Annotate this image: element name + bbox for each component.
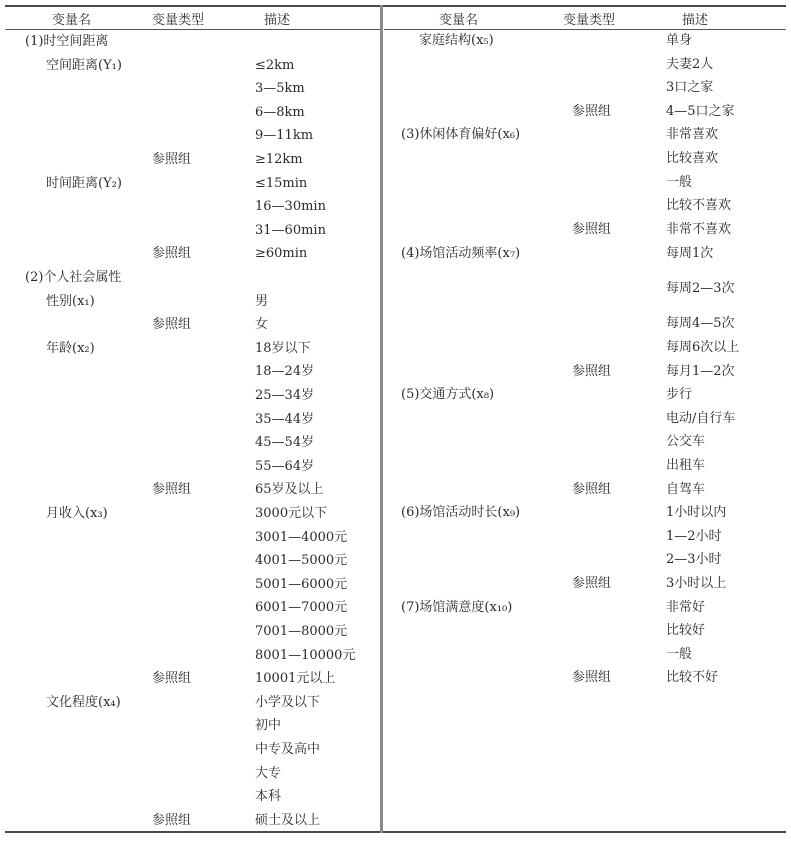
header-description: 描述 — [264, 9, 290, 28]
description-cell: 每周1次 — [666, 243, 713, 265]
description-cell: 初中 — [255, 715, 281, 737]
variable-type-cell: 参照组 — [152, 479, 191, 501]
table-row: 每周4—5次 — [384, 313, 791, 335]
description-cell: 公交车 — [666, 431, 705, 453]
description-cell: 非常不喜欢 — [666, 219, 731, 241]
table-row: 35—44岁 — [0, 409, 380, 431]
table-row: 每周6次以上 — [384, 337, 791, 359]
variable-name-cell: (3)休闲体育偏好(x₆) — [401, 124, 520, 146]
description-cell: 16—30min — [255, 196, 326, 218]
description-cell: 55—64岁 — [255, 456, 314, 478]
variable-name-cell: 性别(x₁) — [46, 291, 95, 313]
description-cell: 4001—5000元 — [255, 550, 347, 572]
description-cell: 45—54岁 — [255, 432, 314, 454]
description-cell: 每周6次以上 — [666, 337, 739, 359]
variable-type-cell: 参照组 — [572, 479, 611, 501]
variable-name-cell: 家庭结构(x₅) — [419, 30, 494, 52]
table-row: 每周2—3次 — [384, 278, 791, 300]
variable-name-cell: (1)时空间距离 — [25, 31, 108, 53]
description-cell: ≥12km — [255, 149, 303, 171]
description-cell: 4—5口之家 — [666, 101, 735, 123]
table-row: 45—54岁 — [0, 432, 380, 454]
table-row: 6—8km — [0, 102, 380, 124]
table-row: (4)场馆活动频率(x₇)每周1次 — [384, 243, 791, 265]
table-row: 参照组自驾车 — [384, 479, 791, 501]
table-row: 25—34岁 — [0, 385, 380, 407]
header-rule-left — [5, 29, 381, 30]
table-row: 夫妻2人 — [384, 54, 791, 76]
description-cell: 硕士及以上 — [255, 810, 320, 832]
table-row: 初中 — [0, 715, 380, 737]
variable-type-cell: 参照组 — [152, 668, 191, 690]
table-row: 参照组女 — [0, 314, 380, 336]
description-cell: 单身 — [666, 30, 692, 52]
description-cell: 一般 — [666, 172, 692, 194]
description-cell: 5001—6000元 — [255, 574, 347, 596]
variable-type-cell: 参照组 — [572, 361, 611, 383]
table-row: 5001—6000元 — [0, 574, 380, 596]
variable-name-cell: 时间距离(Y₂) — [46, 173, 122, 195]
variable-name-cell: (5)交通方式(x₈) — [401, 384, 494, 406]
description-cell: ≥60min — [255, 243, 307, 265]
variable-type-cell: 参照组 — [152, 810, 191, 832]
description-cell: ≤2km — [255, 55, 294, 77]
description-cell: 10001元以上 — [255, 668, 335, 690]
table-row: 参照组10001元以上 — [0, 668, 380, 690]
table-row: 16—30min — [0, 196, 380, 218]
variable-type-cell: 参照组 — [572, 219, 611, 241]
table-row: 本科 — [0, 786, 380, 808]
description-cell: 比较不好 — [666, 667, 718, 689]
table-row: 时间距离(Y₂)≤15min — [0, 173, 380, 195]
description-cell: 2—3小时 — [666, 549, 722, 571]
description-cell: 31—60min — [255, 220, 326, 242]
table-row: 4001—5000元 — [0, 550, 380, 572]
description-cell: 女 — [255, 314, 268, 336]
variable-name-cell: 文化程度(x₄) — [46, 692, 121, 714]
variable-name-cell: 空间距离(Y₁) — [46, 55, 122, 77]
table-row: (3)休闲体育偏好(x₆)非常喜欢 — [384, 124, 791, 146]
table-row: 家庭结构(x₅)单身 — [384, 30, 791, 52]
description-cell: 每月1—2次 — [666, 361, 735, 383]
table-row: 3口之家 — [384, 77, 791, 99]
description-cell: 每周4—5次 — [666, 313, 735, 335]
description-cell: 35—44岁 — [255, 409, 314, 431]
description-cell: 小学及以下 — [255, 692, 320, 714]
table-row: 6001—7000元 — [0, 597, 380, 619]
table-row: 月收入(x₃)3000元以下 — [0, 503, 380, 525]
variable-type-cell: 参照组 — [152, 243, 191, 265]
description-cell: 自驾车 — [666, 479, 705, 501]
table-row: (5)交通方式(x₈)步行 — [384, 384, 791, 406]
table-row: 参照组3小时以上 — [384, 573, 791, 595]
header-variable-name: 变量名 — [52, 9, 91, 28]
variable-type-cell: 参照组 — [152, 314, 191, 336]
table-row: 一般 — [384, 172, 791, 194]
description-cell: 一般 — [666, 644, 692, 666]
description-cell: ≤15min — [255, 173, 307, 195]
description-cell: 比较喜欢 — [666, 148, 718, 170]
description-cell: 3000元以下 — [255, 503, 327, 525]
description-cell: 电动/自行车 — [666, 408, 735, 430]
table-row: 9—11km — [0, 125, 380, 147]
description-cell: 非常喜欢 — [666, 124, 718, 146]
description-cell: 8001—10000元 — [255, 645, 355, 667]
description-cell: 1小时以内 — [666, 502, 726, 524]
table-row: 空间距离(Y₁)≤2km — [0, 55, 380, 77]
table-row: 18—24岁 — [0, 361, 380, 383]
variable-name-cell: 年龄(x₂) — [46, 338, 95, 360]
table-row: 一般 — [384, 644, 791, 666]
description-cell: 9—11km — [255, 125, 313, 147]
table-row: 参照组≥60min — [0, 243, 380, 265]
table-row: 电动/自行车 — [384, 408, 791, 430]
table-row: 参照组≥12km — [0, 149, 380, 171]
description-cell: 25—34岁 — [255, 385, 314, 407]
variable-name-cell: 月收入(x₃) — [46, 503, 108, 525]
variable-type-cell: 参照组 — [152, 149, 191, 171]
table-row: 比较不喜欢 — [384, 195, 791, 217]
table-row: 参照组每月1—2次 — [384, 361, 791, 383]
table-row: 性别(x₁)男 — [0, 291, 380, 313]
variable-type-cell: 参照组 — [572, 101, 611, 123]
table-row: (7)场馆满意度(x₁₀)非常好 — [384, 597, 791, 619]
table-row: 公交车 — [384, 431, 791, 453]
table-top-rule — [5, 5, 786, 7]
variable-name-cell: (6)场馆活动时长(x₉) — [401, 502, 520, 524]
description-cell: 6—8km — [255, 102, 305, 124]
table-row: 比较好 — [384, 620, 791, 642]
description-cell: 18岁以下 — [255, 338, 311, 360]
table-row: 参照组硕士及以上 — [0, 810, 380, 832]
description-cell: 夫妻2人 — [666, 54, 713, 76]
table-row: 文化程度(x₄)小学及以下 — [0, 692, 380, 714]
description-cell: 65岁及以上 — [255, 479, 324, 501]
table-row: 参照组4—5口之家 — [384, 101, 791, 123]
table-row: 参照组比较不好 — [384, 667, 791, 689]
table-row: 7001—8000元 — [0, 621, 380, 643]
description-cell: 3001—4000元 — [255, 527, 347, 549]
variable-type-cell: 参照组 — [572, 667, 611, 689]
table-row: 31—60min — [0, 220, 380, 242]
header-variable-name: 变量名 — [439, 9, 478, 28]
table-row: 年龄(x₂)18岁以下 — [0, 338, 380, 360]
description-cell: 3小时以上 — [666, 573, 726, 595]
table-row: 3—5km — [0, 78, 380, 100]
description-cell: 男 — [255, 291, 268, 313]
description-cell: 本科 — [255, 786, 281, 808]
description-cell: 每周2—3次 — [666, 278, 735, 300]
table-row: 参照组65岁及以上 — [0, 479, 380, 501]
description-cell: 比较不喜欢 — [666, 195, 731, 217]
variable-type-cell: 参照组 — [572, 573, 611, 595]
table-row: 参照组非常不喜欢 — [384, 219, 791, 241]
column-divider — [380, 5, 383, 833]
table-row: 3001—4000元 — [0, 527, 380, 549]
table-row: 大专 — [0, 763, 380, 785]
description-cell: 3口之家 — [666, 77, 713, 99]
description-cell: 步行 — [666, 384, 692, 406]
variable-name-cell: (2)个人社会属性 — [25, 267, 121, 289]
description-cell: 3—5km — [255, 78, 305, 100]
description-cell: 比较好 — [666, 620, 705, 642]
description-cell: 大专 — [255, 763, 281, 785]
table-row: (6)场馆活动时长(x₉)1小时以内 — [384, 502, 791, 524]
table-row: 55—64岁 — [0, 456, 380, 478]
table-row: (1)时空间距离 — [0, 31, 380, 53]
description-cell: 出租车 — [666, 455, 705, 477]
description-cell: 1—2小时 — [666, 526, 722, 548]
table-row: (2)个人社会属性 — [0, 267, 380, 289]
table-row: 8001—10000元 — [0, 645, 380, 667]
header-variable-type: 变量类型 — [152, 9, 204, 28]
table-row: 中专及高中 — [0, 739, 380, 761]
description-cell: 中专及高中 — [255, 739, 320, 761]
variable-name-cell: (4)场馆活动频率(x₇) — [401, 243, 520, 265]
description-cell: 6001—7000元 — [255, 597, 347, 619]
header-variable-type: 变量类型 — [563, 9, 615, 28]
description-cell: 非常好 — [666, 597, 705, 619]
variable-name-cell: (7)场馆满意度(x₁₀) — [401, 597, 512, 619]
table-row: 1—2小时 — [384, 526, 791, 548]
table-row: 出租车 — [384, 455, 791, 477]
table-row: 比较喜欢 — [384, 148, 791, 170]
description-cell: 7001—8000元 — [255, 621, 347, 643]
description-cell: 18—24岁 — [255, 361, 314, 383]
header-description: 描述 — [682, 9, 708, 28]
table-row: 2—3小时 — [384, 549, 791, 571]
